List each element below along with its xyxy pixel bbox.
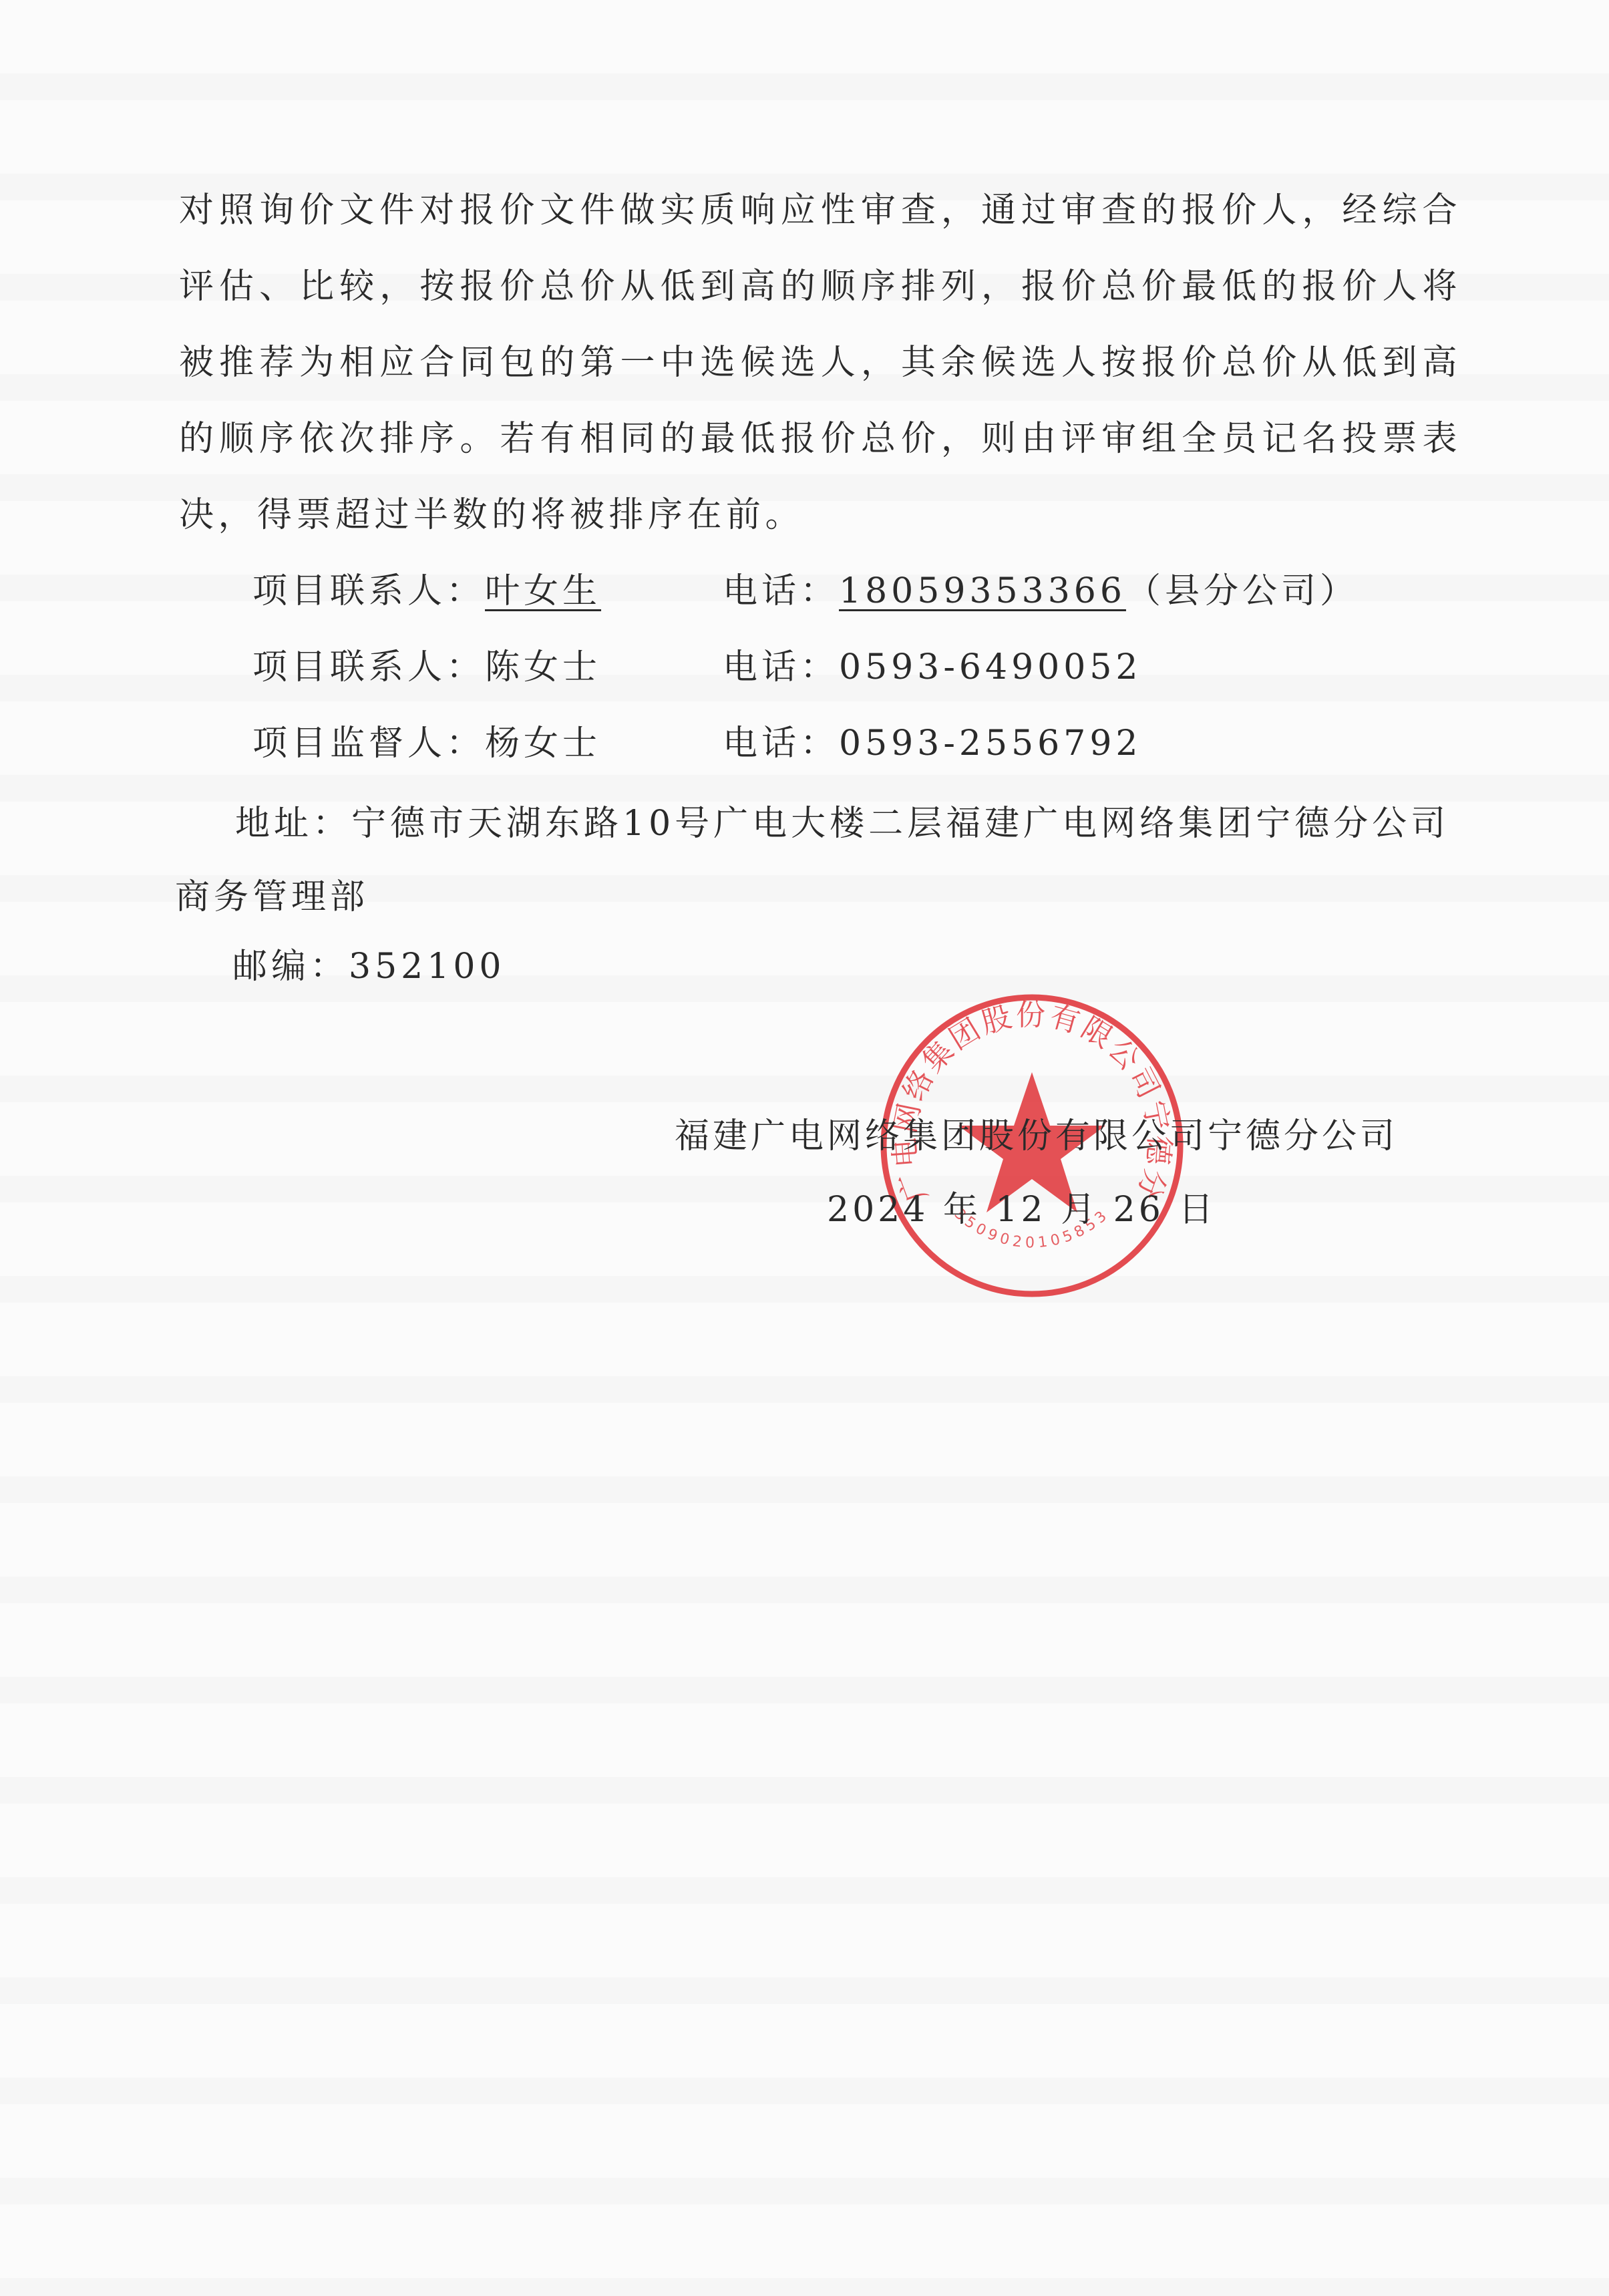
contact-phone-row-3: 电话：0593-2556792 [723,715,1142,765]
address-value: 宁德市天湖东路10号广电大楼二层福建广电网络集团宁德分公司 [351,804,1449,844]
phone-note: （县分公司） [1126,571,1359,611]
address-line-2: 商务管理部 [175,868,369,919]
postcode-value: 352100 [349,947,506,987]
phone-number: 0593-6490052 [839,647,1142,687]
contact-row-1: 项目联系人：叶女生 [252,562,601,613]
signature-date: 2024 年 12 月 26 日 [827,1181,1216,1231]
contact-role: 项目联系人： [252,647,485,687]
contact-role: 项目监督人： [252,723,485,764]
contact-name: 杨女士 [485,723,601,764]
contact-name: 叶女生 [485,571,601,611]
phone-number: 0593-2556792 [839,723,1142,764]
contact-row-2: 项目联系人：陈女士 [252,639,601,689]
contact-role: 项目联系人： [252,571,485,611]
signature-organization: 福建广电网络集团股份有限公司宁德分公司 [675,1108,1398,1158]
contact-name: 陈女士 [485,647,601,687]
evaluation-paragraph: 对照询价文件对报价文件做实质响应性审查，通过审查的报价人，经综合评估、比较，按报… [179,172,1461,553]
address-label: 地址： [235,804,351,844]
contact-phone-row-2: 电话：0593-6490052 [723,639,1142,689]
phone-label: 电话： [723,571,839,611]
postcode-line: 邮编：352100 [232,938,506,988]
phone-label: 电话： [723,647,839,687]
contact-row-3: 项目监督人：杨女士 [252,715,601,765]
contact-phone-row-1: 电话：18059353366（县分公司） [723,562,1359,613]
postcode-label: 邮编： [232,947,349,987]
phone-number: 18059353366 [839,571,1126,611]
address-line-1: 地址：宁德市天湖东路10号广电大楼二层福建广电网络集团宁德分公司 [235,795,1449,845]
phone-label: 电话： [723,723,839,764]
